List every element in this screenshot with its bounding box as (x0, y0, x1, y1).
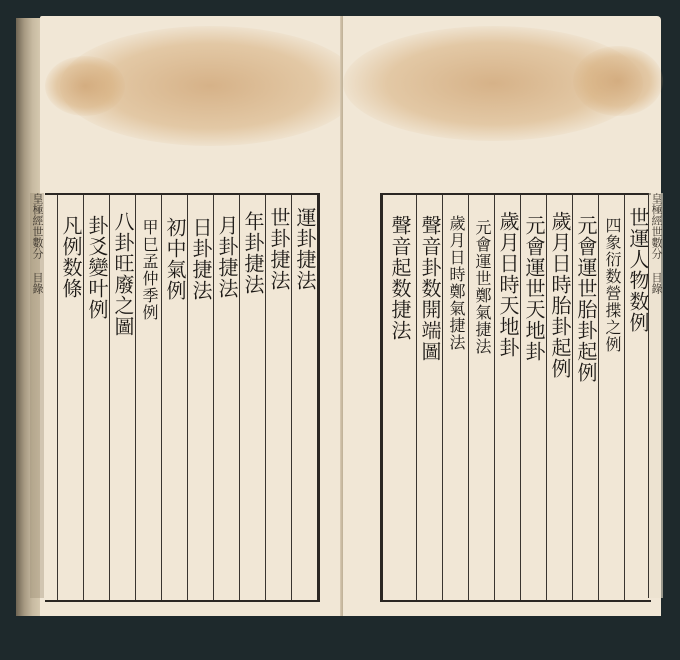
toc-column: 聲音起数捷法 (387, 195, 413, 600)
toc-entry: 世運人物数例 (626, 207, 650, 333)
water-stain (45, 56, 125, 116)
toc-entry: 年卦捷法 (241, 211, 265, 295)
toc-column: 八卦旺廢之圖 (109, 195, 135, 600)
toc-entry: 聲音卦数開端圖 (418, 215, 442, 362)
toc-entry: 世卦捷法 (267, 207, 291, 291)
toc-column: 元會運世胎卦起例 (572, 195, 598, 600)
water-stain (573, 46, 663, 116)
toc-entry: 八卦旺廢之圖 (111, 211, 135, 337)
toc-column: 月卦捷法 (213, 195, 239, 600)
toc-entry: 元會運世胎卦起例 (574, 215, 598, 383)
toc-entry: 初中氣例 (163, 217, 187, 301)
toc-column: 卦爻變叶例 (83, 195, 109, 600)
left-block-heart: 皇極經世數分 目錄 (30, 193, 44, 598)
toc-entry: 月卦捷法 (215, 215, 239, 299)
toc-column: 日卦捷法 (187, 195, 213, 600)
right-block-heart: 皇極經世數分 目錄 (648, 193, 663, 598)
toc-column: 初中氣例 (161, 195, 187, 600)
book-spread: 皇極經世數分 目錄 運卦捷法 世卦捷法 年卦捷法 月卦捷法 日卦捷法 初中氣例 … (0, 0, 680, 660)
toc-column: 凡例数條 (57, 195, 83, 600)
toc-column: 歲月日時天地卦 (494, 195, 520, 600)
toc-column: 歲月日時胎卦起例 (546, 195, 572, 600)
toc-column: 世卦捷法 (265, 195, 291, 600)
toc-column: 四象衍数營揲之例 (598, 195, 624, 600)
toc-entry: 運卦捷法 (293, 207, 317, 291)
toc-entry: 歲月日時胎卦起例 (548, 211, 572, 379)
toc-column: 年卦捷法 (239, 195, 265, 600)
right-text-frame: 世運人物数例 四象衍数營揲之例 元會運世胎卦起例 歲月日時胎卦起例 元會運世天地… (380, 193, 651, 602)
toc-column: 歲月日時鄭氣捷法 (442, 195, 468, 600)
toc-column: 甲巳孟仲季例 (135, 195, 161, 600)
toc-column: 元會運世鄭氣捷法 (468, 195, 494, 600)
toc-entry: 歲月日時天地卦 (496, 211, 520, 358)
left-text-frame: 運卦捷法 世卦捷法 年卦捷法 月卦捷法 日卦捷法 初中氣例 甲巳孟仲季例 八卦旺… (45, 193, 320, 602)
block-heart-text: 皇極經世數分 目錄 (31, 193, 44, 294)
toc-entry: 甲巳孟仲季例 (137, 219, 161, 321)
toc-entry: 元會運世鄭氣捷法 (470, 219, 494, 355)
toc-column: 聲音卦数開端圖 (416, 195, 442, 600)
toc-column: 運卦捷法 (291, 195, 317, 600)
toc-entry: 凡例数條 (59, 215, 83, 299)
toc-entry: 聲音起数捷法 (388, 215, 412, 341)
block-heart-text: 皇極經世數分 目錄 (650, 193, 663, 294)
toc-entry: 日卦捷法 (189, 217, 213, 301)
toc-entry: 卦爻變叶例 (85, 215, 109, 320)
toc-entry: 元會運世天地卦 (522, 215, 546, 362)
toc-entry: 四象衍数營揲之例 (600, 217, 624, 353)
toc-column: 世運人物数例 (624, 195, 650, 600)
toc-column: 元會運世天地卦 (520, 195, 546, 600)
toc-entry: 歲月日時鄭氣捷法 (444, 215, 468, 351)
